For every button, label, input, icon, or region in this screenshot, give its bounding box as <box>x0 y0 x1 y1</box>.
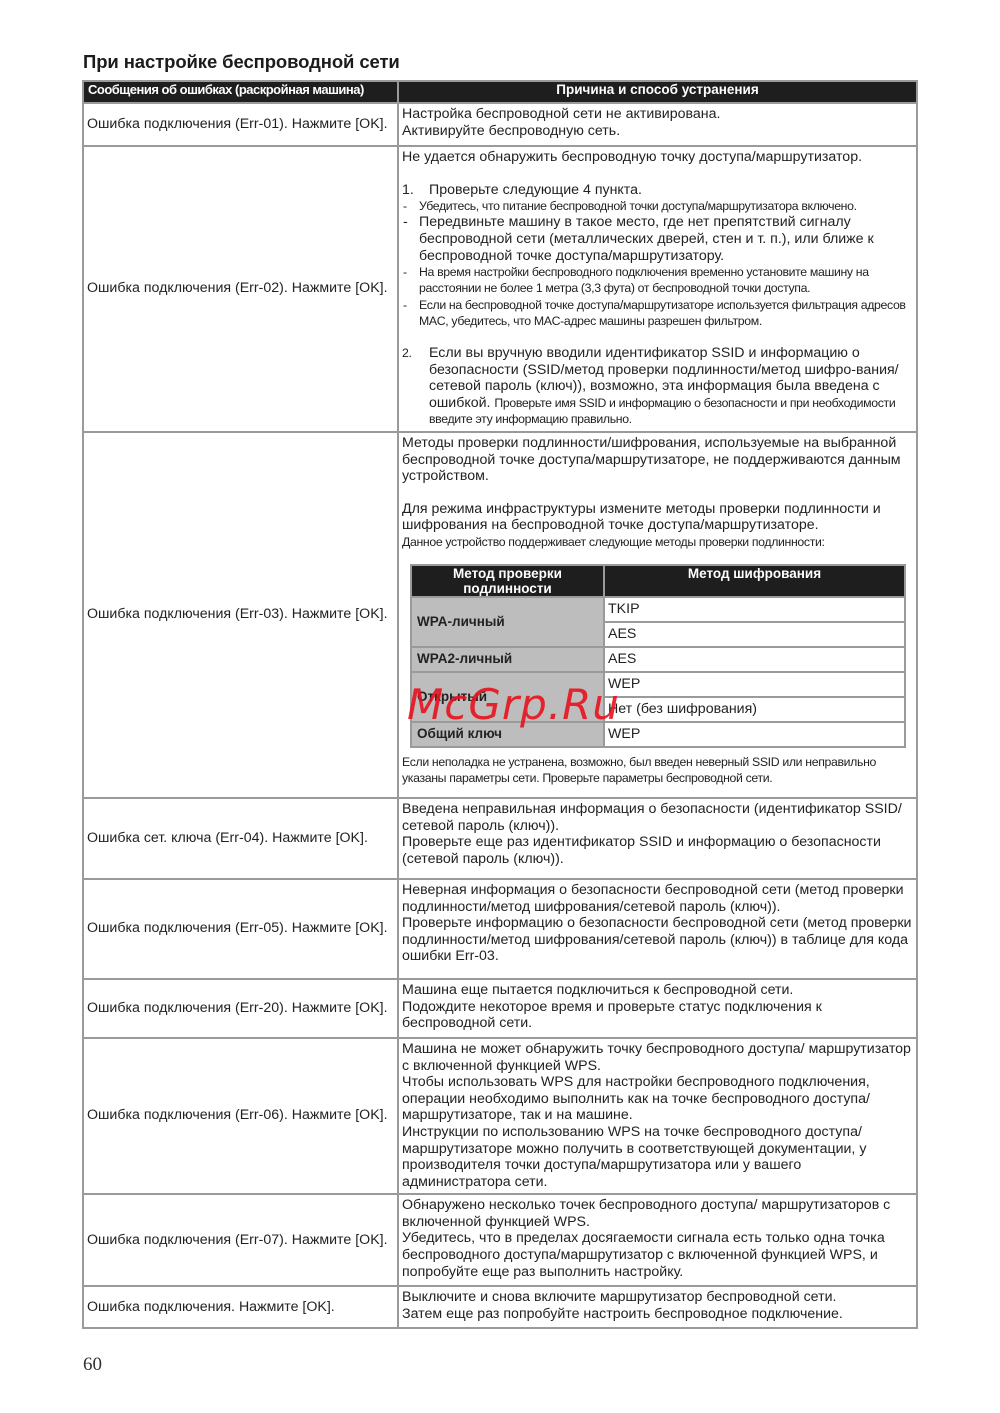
error-message: Ошибка подключения (Err-01). Нажмите [OK… <box>83 103 398 146</box>
solution-line: Проверьте информацию о безопасности бесп… <box>402 915 913 965</box>
solution-cell: Неверная информация о безопасности беспр… <box>398 879 917 979</box>
solution-line: Выключите и снова включите маршрутизатор… <box>402 1289 913 1306</box>
bullet-text: Убедитесь, что питание беспроводной точк… <box>419 198 913 214</box>
step-number: 2. <box>402 345 429 428</box>
bullet-marker: - <box>402 198 419 214</box>
error-message: Ошибка подключения (Err-05). Нажмите [OK… <box>83 879 398 979</box>
solution-line: Машина еще пытается подключиться к беспр… <box>402 982 913 999</box>
solution-cell: Выключите и снова включите маршрутизатор… <box>398 1286 917 1328</box>
solution-paragraph: Методы проверки подлинности/шифрования, … <box>402 435 913 485</box>
bullet-marker: - <box>402 214 419 264</box>
error-message: Ошибка подключения. Нажмите [OK]. <box>83 1286 398 1328</box>
auth-table-header: Метод проверки подлинности Метод шифрова… <box>411 565 905 597</box>
bullet-item: - Передвиньте машину в такое место, где … <box>402 214 913 264</box>
solution-cell: Настройка беспроводной сети не активиров… <box>398 103 917 146</box>
solution-line: Введена неправильная информация о безопа… <box>402 801 913 834</box>
page-title: При настройке беспроводной сети <box>83 51 400 73</box>
table-row: Ошибка подключения (Err-07). Нажмите [OK… <box>83 1194 917 1286</box>
solution-line: Активируйте беспроводную сеть. <box>402 123 913 140</box>
solution-line: Настройка беспроводной сети не активиров… <box>402 106 913 123</box>
encryption-method: WEP <box>604 722 905 747</box>
encryption-column-header: Метод шифрования <box>604 565 905 597</box>
step-text: Проверьте следующие 4 пункта. <box>429 182 642 199</box>
step-text-note: Проверьте имя SSID и информацию о безопа… <box>429 396 895 427</box>
solution-paragraph: Для режима инфраструктуры измените метод… <box>402 501 913 534</box>
encryption-method: AES <box>604 622 905 647</box>
solution-cell: Методы проверки подлинности/шифрования, … <box>398 432 917 798</box>
auth-method: Общий ключ <box>411 722 604 747</box>
solution-line: Обнаружено несколько точек беспроводного… <box>402 1197 913 1230</box>
auth-row: Открытый WEP <box>411 672 905 697</box>
table-row: Ошибка подключения (Err-05). Нажмите [OK… <box>83 879 917 979</box>
page-number: 60 <box>83 1354 102 1376</box>
encryption-method: Нет (без шифрования) <box>604 697 905 722</box>
encryption-method: TKIP <box>604 597 905 622</box>
step-number: 1. <box>402 182 429 199</box>
column-header-messages: Сообщения об ошибках (раскройная машина) <box>83 81 398 103</box>
table-row: Ошибка подключения (Err-03). Нажмите [OK… <box>83 432 917 798</box>
table-row: Ошибка подключения (Err-02). Нажмите [OK… <box>83 146 917 432</box>
solution-line: Чтобы использовать WPS для настройки бес… <box>402 1074 913 1124</box>
auth-methods-table: Метод проверки подлинности Метод шифрова… <box>410 564 906 748</box>
auth-method: WPA2-личный <box>411 647 604 672</box>
solution-line: Проверьте еще раз идентификатор SSID и и… <box>402 834 913 867</box>
table-row: Ошибка подключения. Нажмите [OK]. Выключ… <box>83 1286 917 1328</box>
solution-line: Инструкции по использованию WPS на точке… <box>402 1124 913 1190</box>
table-row: Ошибка сет. ключа (Err-04). Нажмите [OK]… <box>83 798 917 879</box>
table-row: Ошибка подключения (Err-20). Нажмите [OK… <box>83 979 917 1038</box>
encryption-method: AES <box>604 647 905 672</box>
solution-intro: Не удается обнаружить беспроводную точку… <box>402 149 913 166</box>
auth-row: WPA2-личный AES <box>411 647 905 672</box>
bullet-text: Передвиньте машину в такое место, где не… <box>419 214 913 264</box>
solution-paragraph: Данное устройство поддерживает следующие… <box>402 534 913 550</box>
encryption-method: WEP <box>604 672 905 697</box>
bullet-text: Если на беспроводной точке доступа/маршр… <box>419 297 913 329</box>
solution-cell: Введена неправильная информация о безопа… <box>398 798 917 879</box>
auth-method: WPA-личный <box>411 597 604 647</box>
solution-cell: Машина не может обнаружить точку беспров… <box>398 1038 917 1194</box>
solution-line: Убедитесь, что в пределах досягаемости с… <box>402 1230 913 1280</box>
error-message: Ошибка подключения (Err-20). Нажмите [OK… <box>83 979 398 1038</box>
error-message: Ошибка подключения (Err-07). Нажмите [OK… <box>83 1194 398 1286</box>
auth-method: Открытый <box>411 672 604 722</box>
auth-row: WPA-личный TKIP <box>411 597 905 622</box>
solution-line: Машина не может обнаружить точку беспров… <box>402 1041 913 1074</box>
solution-line: Подождите некоторое время и проверьте ст… <box>402 999 913 1032</box>
table-row: Ошибка подключения (Err-06). Нажмите [OK… <box>83 1038 917 1194</box>
bullet-marker: - <box>402 297 419 329</box>
error-message: Ошибка подключения (Err-06). Нажмите [OK… <box>83 1038 398 1194</box>
step-1: 1. Проверьте следующие 4 пункта. <box>402 182 913 199</box>
error-message: Ошибка подключения (Err-03). Нажмите [OK… <box>83 432 398 798</box>
auth-row: Общий ключ WEP <box>411 722 905 747</box>
error-message: Ошибка сет. ключа (Err-04). Нажмите [OK]… <box>83 798 398 879</box>
solution-cell: Обнаружено несколько точек беспроводного… <box>398 1194 917 1286</box>
auth-column-header: Метод проверки подлинности <box>411 565 604 597</box>
error-messages-table: Сообщения об ошибках (раскройная машина)… <box>82 80 918 1329</box>
bullet-item: - Убедитесь, что питание беспроводной то… <box>402 198 913 214</box>
solution-cell: Не удается обнаружить беспроводную точку… <box>398 146 917 432</box>
column-header-solution: Причина и способ устранения <box>398 81 917 103</box>
solution-footnote: Если неполадка не устранена, возможно, б… <box>402 754 913 786</box>
solution-line: Затем еще раз попробуйте настроить беспр… <box>402 1306 913 1323</box>
step-2: 2. Если вы вручную вводили идентификатор… <box>402 345 913 428</box>
bullet-item: - Если на беспроводной точке доступа/мар… <box>402 297 913 329</box>
bullet-item: - На время настройки беспроводного подкл… <box>402 264 913 296</box>
solution-line: Неверная информация о безопасности беспр… <box>402 882 913 915</box>
bullet-marker: - <box>402 264 419 296</box>
table-header-row: Сообщения об ошибках (раскройная машина)… <box>83 81 917 103</box>
solution-cell: Машина еще пытается подключиться к беспр… <box>398 979 917 1038</box>
bullet-text: На время настройки беспроводного подключ… <box>419 264 913 296</box>
table-row: Ошибка подключения (Err-01). Нажмите [OK… <box>83 103 917 146</box>
error-message: Ошибка подключения (Err-02). Нажмите [OK… <box>83 146 398 432</box>
